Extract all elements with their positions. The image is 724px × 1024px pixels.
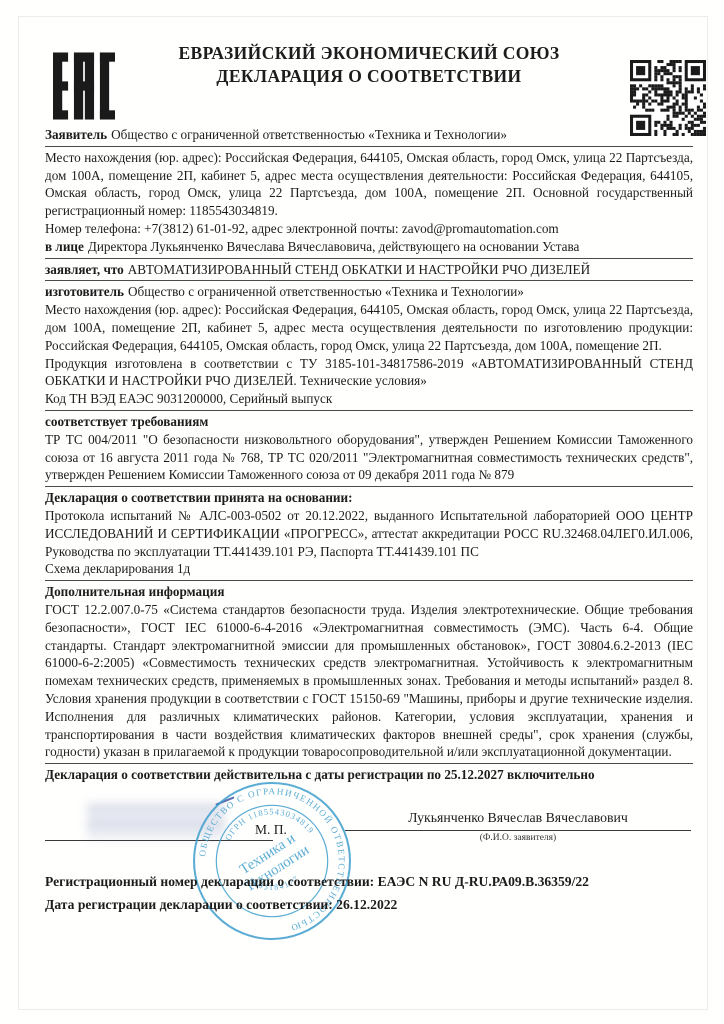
manufacturer-value: Общество с ограниченной ответственностью… (128, 284, 524, 299)
basis-heading: Декларация о соответствии принята на осн… (45, 489, 693, 507)
divider (45, 486, 693, 487)
pen-stroke (215, 796, 234, 806)
manufacturer-address: Место нахождения (юр. адрес): Российская… (45, 301, 693, 354)
complies-heading: соответствует требованиям (45, 413, 693, 431)
document-title: ЕВРАЗИЙСКИЙ ЭКОНОМИЧЕСКИЙ СОЮЗ ДЕКЛАРАЦИ… (45, 38, 693, 88)
applicant-contacts: Номер телефона: +7(3812) 61-01-92, адрес… (45, 220, 693, 238)
validity-statement: Декларация о соответствии действительна … (45, 766, 693, 784)
tnved-code: Код ТН ВЭД ЕАЭС 9031200000, Серийный вып… (45, 390, 693, 408)
representative-value: Директора Лукьянченко Вячеслава Вячеслав… (88, 239, 580, 254)
additional-text: ГОСТ 12.2.007.0-75 «Система стандартов б… (45, 601, 693, 761)
divider (45, 410, 693, 411)
declaration-scheme: Схема декларирования 1д (45, 560, 693, 578)
signature-redacted (87, 804, 225, 838)
declaration-document: ЕВРАЗИЙСКИЙ ЭКОНОМИЧЕСКИЙ СОЮЗ ДЕКЛАРАЦИ… (0, 0, 724, 1024)
production-standard: Продукция изготовлена в соответствии с Т… (45, 355, 693, 391)
divider (45, 146, 693, 147)
registration-footer: Регистрационный номер декларации о соотв… (45, 872, 693, 915)
divider (45, 763, 693, 764)
applicant-value: Общество с ограниченной ответственностью… (111, 127, 507, 142)
representative-label: в лице (45, 239, 84, 254)
basis-text: Протокола испытаний № АЛС-003-0502 от 20… (45, 507, 693, 560)
reg-date-value: 26.12.2022 (336, 897, 397, 912)
reg-number-label: Регистрационный номер декларации о соотв… (45, 874, 374, 889)
signatory-caption: (Ф.И.О. заявителя) (345, 833, 691, 843)
divider (45, 580, 693, 581)
signatory-name: Лукьянченко Вячеслав Вячеславович (345, 810, 691, 831)
product-name: АВТОМАТИЗИРОВАННЫЙ СТЕНД ОБКАТКИ И НАСТР… (128, 262, 590, 277)
additional-heading: Дополнительная информация (45, 583, 693, 601)
reg-date-label: Дата регистрации декларации о соответств… (45, 897, 333, 912)
signature-line (45, 840, 273, 841)
qr-code (630, 60, 706, 136)
document-header: ЕВРАЗИЙСКИЙ ЭКОНОМИЧЕСКИЙ СОЮЗ ДЕКЛАРАЦИ… (45, 38, 693, 126)
divider (45, 280, 693, 281)
requirements-text: ТР ТС 004/2011 "О безопасности низковоль… (45, 431, 693, 484)
divider (45, 258, 693, 259)
title-union: ЕВРАЗИЙСКИЙ ЭКОНОМИЧЕСКИЙ СОЮЗ (140, 42, 598, 65)
applicant-address: Место нахождения (юр. адрес): Российская… (45, 149, 693, 220)
manufacturer-label: изготовитель (45, 284, 124, 299)
document-content: ЕВРАЗИЙСКИЙ ЭКОНОМИЧЕСКИЙ СОЮЗ ДЕКЛАРАЦИ… (45, 38, 693, 918)
eac-logo-icon (53, 45, 115, 127)
applicant-label: Заявитель (45, 127, 107, 142)
seal-place-label: М. П. (255, 822, 287, 838)
signatory-block: Лукьянченко Вячеслав Вячеславович (Ф.И.О… (345, 810, 691, 843)
title-declaration: ДЕКЛАРАЦИЯ О СООТВЕТСТВИИ (140, 65, 598, 88)
signature-block: М. П. Лукьянченко Вячеслав Вячеславович … (45, 798, 693, 862)
declares-label: заявляет, что (45, 262, 124, 277)
reg-number-value: ЕАЭС N RU Д-RU.РА09.В.36359/22 (378, 874, 589, 889)
